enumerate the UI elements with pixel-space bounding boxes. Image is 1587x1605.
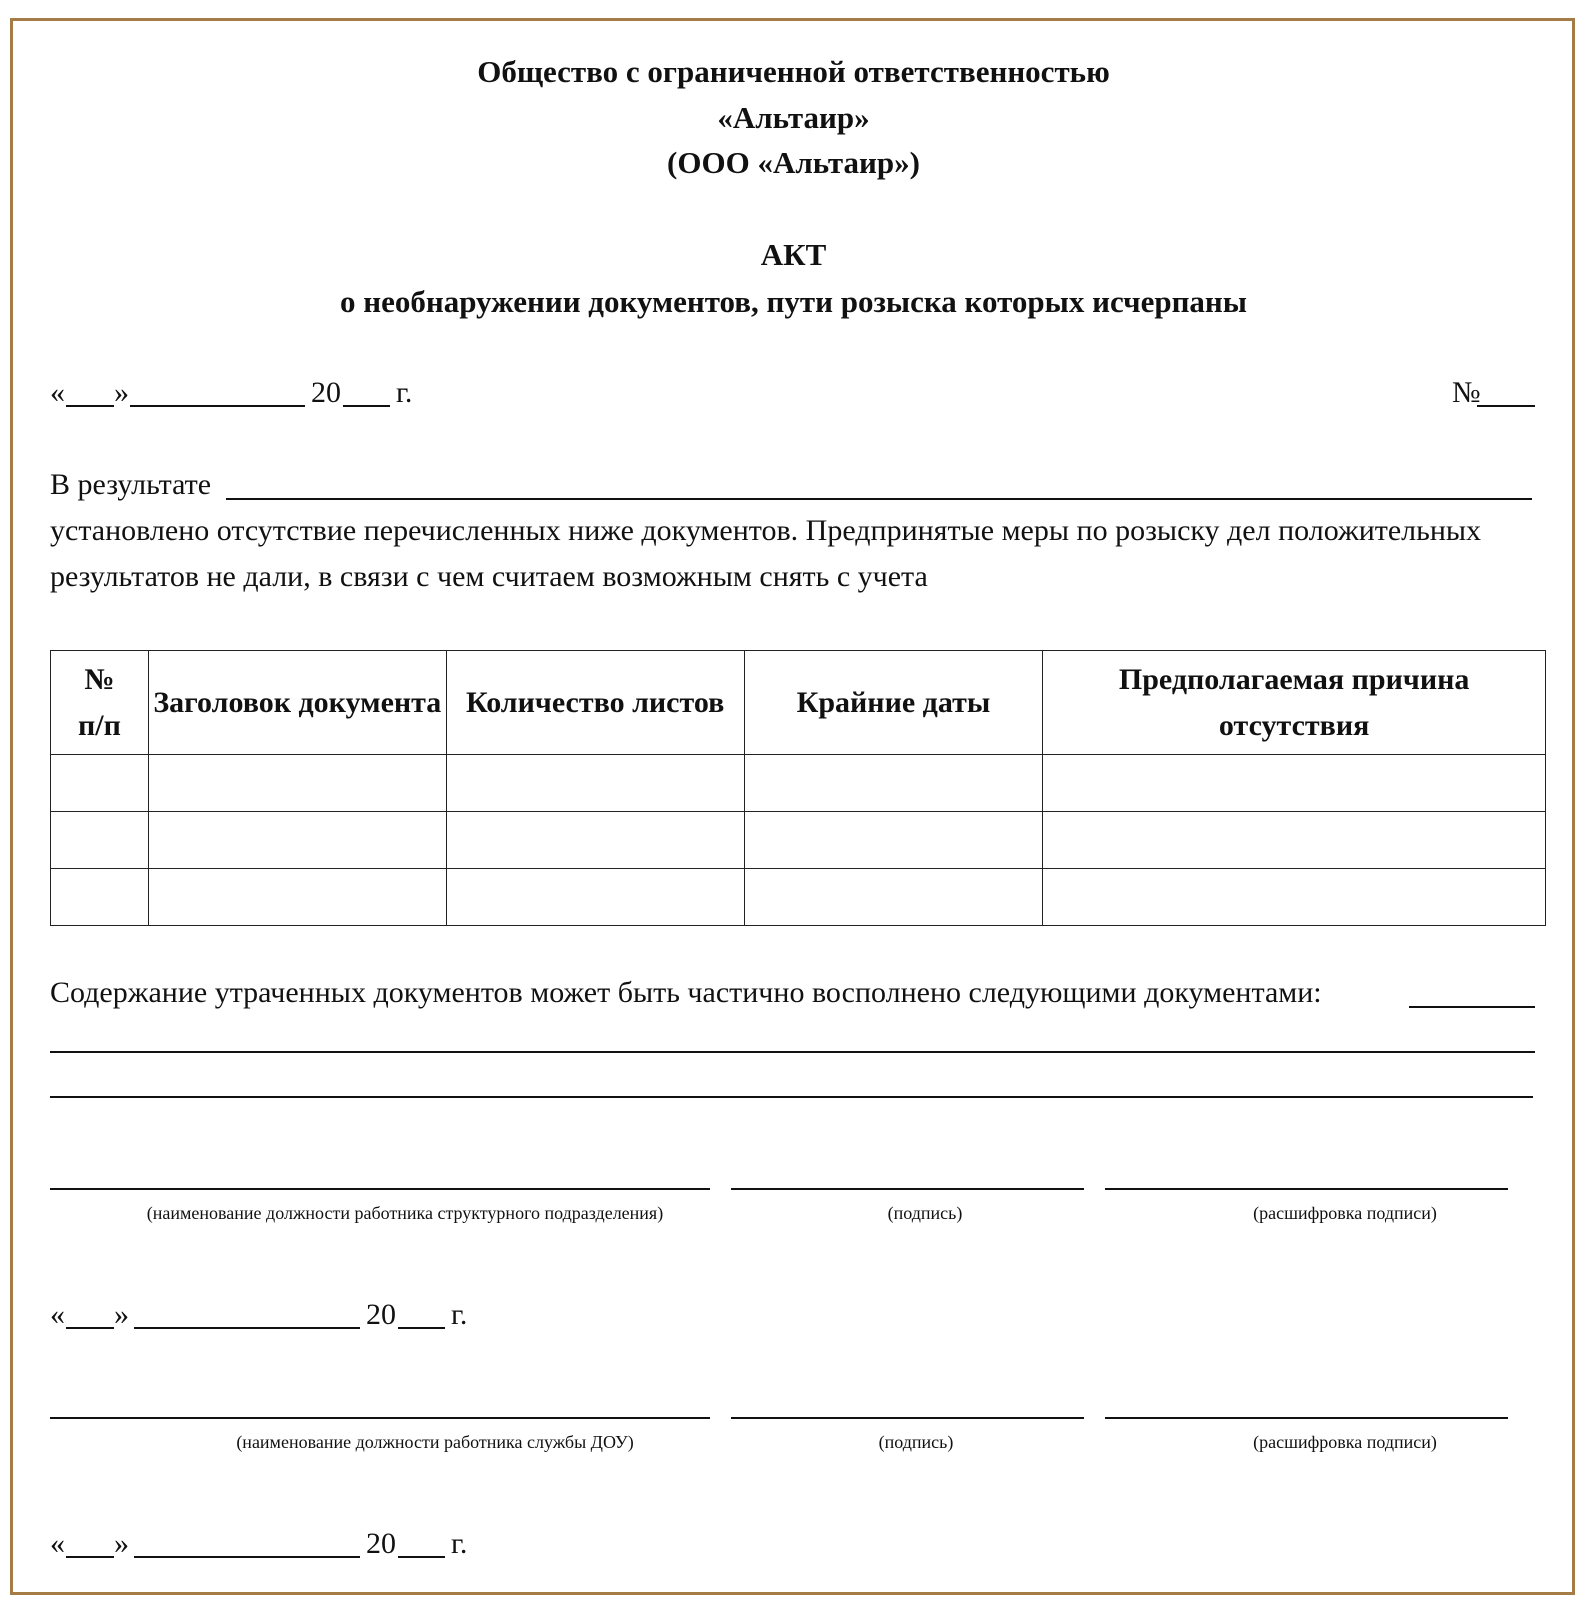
col-number: № п/п: [51, 651, 149, 755]
year-blank[interactable]: [398, 1556, 445, 1558]
table-header-row: № п/п Заголовок документа Количество лис…: [51, 651, 1546, 755]
col-sheet-count: Количество листов: [446, 651, 744, 755]
date-open-quote: «: [50, 375, 65, 411]
intro-line2: установлено отсутствие перечисленных ниж…: [50, 513, 1481, 549]
year-blank[interactable]: [398, 1327, 445, 1329]
table-row: [51, 869, 1546, 926]
cell-number[interactable]: [51, 812, 149, 869]
year-suffix: г.: [451, 1526, 467, 1562]
day-blank[interactable]: [66, 1327, 114, 1329]
decoding-caption: (расшифровка подписи): [1140, 1432, 1550, 1453]
doc-subtitle: о необнаружении документов, пути розыска…: [0, 284, 1587, 320]
cell-dates[interactable]: [744, 755, 1043, 812]
position-blank[interactable]: [50, 1417, 710, 1419]
org-short-name: (ООО «Альтаир»): [0, 145, 1587, 181]
content-note-blank-1[interactable]: [1409, 1006, 1535, 1008]
col-document-title: Заголовок документа: [148, 651, 446, 755]
cell-number[interactable]: [51, 869, 149, 926]
date-close-quote: »: [114, 1297, 129, 1333]
content-note-blank-2[interactable]: [50, 1051, 1535, 1053]
date-open-quote: «: [50, 1297, 65, 1333]
cell-title[interactable]: [148, 755, 446, 812]
month-blank[interactable]: [134, 1327, 360, 1329]
position-blank[interactable]: [50, 1188, 710, 1190]
signature-caption: (подпись): [731, 1203, 1119, 1224]
doc-type-title: АКТ: [0, 237, 1587, 273]
date-close-quote: »: [114, 375, 129, 411]
org-name-line2: «Альтаир»: [0, 100, 1587, 136]
date-close-quote: »: [114, 1526, 129, 1562]
cell-sheets[interactable]: [446, 755, 744, 812]
col-absence-reason: Предполагаемая причина отсутствия: [1043, 651, 1546, 755]
table-row: [51, 755, 1546, 812]
cell-title[interactable]: [148, 812, 446, 869]
year-prefix: 20: [366, 1297, 396, 1333]
cell-dates[interactable]: [744, 812, 1043, 869]
org-name-line1: Общество с ограниченной ответственностью: [0, 54, 1587, 90]
year-blank[interactable]: [343, 405, 390, 407]
signature-blank[interactable]: [731, 1188, 1084, 1190]
cell-number[interactable]: [51, 755, 149, 812]
content-note-blank-3[interactable]: [50, 1096, 1533, 1098]
intro-reason-blank[interactable]: [226, 498, 1532, 500]
month-blank[interactable]: [130, 405, 305, 407]
cell-dates[interactable]: [744, 869, 1043, 926]
year-suffix: г.: [451, 1297, 467, 1333]
year-suffix: г.: [396, 375, 412, 411]
signature-caption: (подпись): [731, 1432, 1101, 1453]
cell-title[interactable]: [148, 869, 446, 926]
cell-reason[interactable]: [1043, 869, 1546, 926]
content-note: Содержание утраченных документов может б…: [50, 975, 1322, 1011]
decoding-blank[interactable]: [1105, 1417, 1508, 1419]
position-caption: (наименование должности работника службы…: [50, 1432, 820, 1453]
day-blank[interactable]: [66, 1556, 114, 1558]
act-number-blank[interactable]: [1477, 405, 1535, 407]
missing-documents-table: № п/п Заголовок документа Количество лис…: [50, 650, 1546, 926]
decoding-caption: (расшифровка подписи): [1140, 1203, 1550, 1224]
signature-blank[interactable]: [731, 1417, 1084, 1419]
month-blank[interactable]: [134, 1556, 360, 1558]
day-blank[interactable]: [66, 405, 114, 407]
position-caption: (наименование должности работника структ…: [50, 1203, 760, 1224]
date-open-quote: «: [50, 1526, 65, 1562]
cell-reason[interactable]: [1043, 755, 1546, 812]
cell-sheets[interactable]: [446, 812, 744, 869]
col-date-range: Крайние даты: [744, 651, 1043, 755]
year-prefix: 20: [366, 1526, 396, 1562]
intro-line3: результатов не дали, в связи с чем счита…: [50, 559, 928, 595]
decoding-blank[interactable]: [1105, 1188, 1508, 1190]
cell-sheets[interactable]: [446, 869, 744, 926]
intro-lead: В результате: [50, 467, 211, 503]
year-prefix: 20: [311, 375, 341, 411]
cell-reason[interactable]: [1043, 812, 1546, 869]
table-row: [51, 812, 1546, 869]
